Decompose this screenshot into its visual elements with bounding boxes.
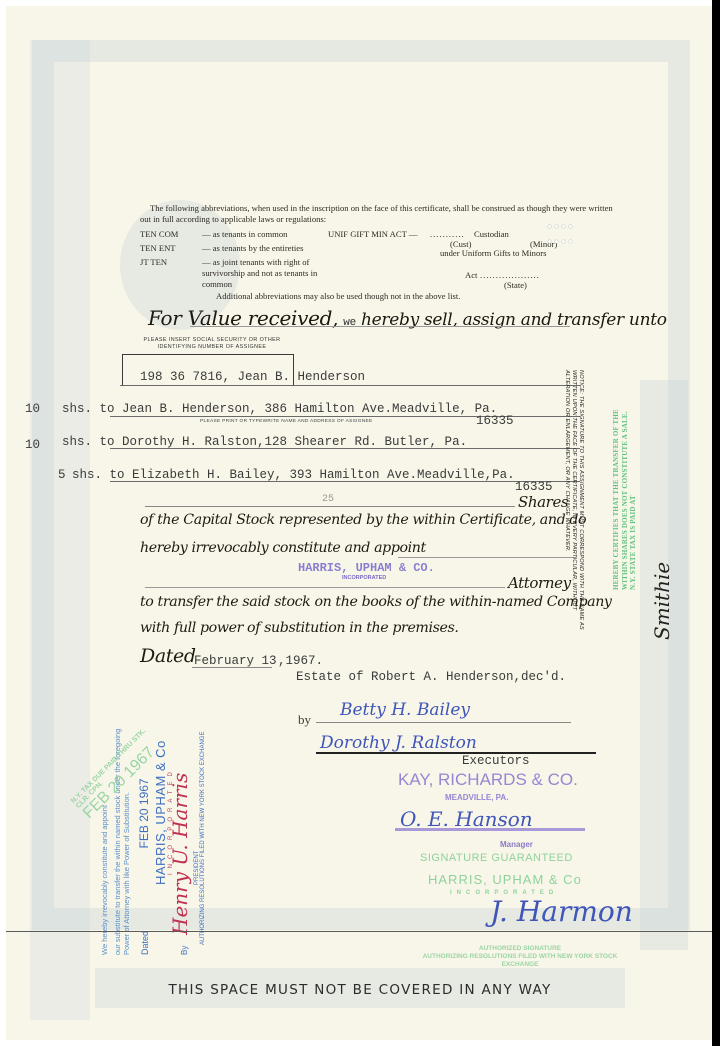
abbreviations-section: The following abbreviations, when used i…	[140, 203, 620, 302]
president-signature: Henry U. Harris	[168, 773, 192, 935]
executors-label: Executors	[462, 754, 530, 768]
assignee-3-zip: 16335	[515, 480, 553, 494]
assignee-3-text[interactable]: shs. to Elizabeth H. Bailey, 393 Hamilto…	[72, 468, 515, 482]
perforation	[569, 240, 572, 243]
perforation	[548, 225, 551, 228]
attorney-stamp-sub: INCORPORATED	[342, 575, 386, 581]
perforation	[562, 225, 565, 228]
dated-value-left: FEB 20 1967	[137, 778, 151, 848]
dated-label-left: Dated	[140, 931, 150, 955]
total-shares: 25	[322, 494, 334, 505]
abbreviations-additional: Additional abbreviations may also be use…	[140, 291, 620, 302]
custodian-label: Custodian	[474, 229, 509, 240]
heading-we: we	[343, 317, 356, 329]
heading-underline	[190, 326, 570, 327]
abbrev-definition: — as tenants by the entireties	[202, 243, 342, 254]
guarantor-city: MEADVILLE, PA.	[445, 793, 508, 802]
tax-certification-stamp: HEREBY CERTIFIES THAT THE TRANSFER OF TH…	[612, 400, 638, 590]
abbrev-code: JT TEN	[140, 257, 200, 268]
show-through-band-right	[640, 380, 688, 950]
resolutions-left: AUTHORIZING RESOLUTIONS FILED WITH NEW Y…	[200, 720, 206, 955]
signature-executor-1: Betty H. Bailey	[340, 700, 470, 720]
do-not-cover-notice: THIS SPACE MUST NOT BE COVERED IN ANY WA…	[0, 982, 720, 998]
manager-title: Manager	[500, 840, 533, 849]
appoint-text: We hereby irrevocably constitute and app…	[100, 720, 109, 955]
assignee-1-shares: 10	[25, 402, 40, 416]
assignee-2-shares: 10	[25, 438, 40, 452]
shares-line	[145, 506, 515, 507]
ssn-label-line2: IDENTIFYING NUMBER OF ASSIGNEE	[122, 344, 302, 351]
state-label: (State)	[504, 280, 527, 291]
bottom-rule	[6, 931, 712, 932]
guarantor-bank: HARRIS, UPHAM & Co	[428, 872, 582, 887]
shares-word: Shares	[518, 493, 568, 511]
manager-signature: O. E. Hanson	[400, 807, 533, 831]
authorizing-resolutions: AUTHORIZED SIGNATURE AUTHORIZING RESOLUT…	[420, 945, 620, 969]
act-label: Act	[465, 270, 477, 281]
appoint-underline	[398, 557, 576, 558]
signature-guaranteed: SIGNATURE GUARANTEED	[420, 852, 573, 864]
heading-rest: hereby sell, assign and transfer unto	[361, 310, 667, 330]
signature-notice: NOTICE: THE SIGNATURE TO THIS ASSIGNMENT…	[563, 370, 584, 640]
appoint-line: hereby irrevocably constitute and appoin…	[140, 540, 426, 556]
assignee-1-zip: 16335	[476, 414, 514, 428]
perforation	[562, 240, 565, 243]
assignee-1-text[interactable]: shs. to Jean B. Henderson, 386 Hamilton …	[62, 402, 497, 416]
abbreviations-intro: The following abbreviations, when used i…	[140, 203, 620, 225]
by-label-left: By	[180, 946, 189, 955]
guarantor-firm-stamp: KAY, RICHARDS & CO.	[398, 770, 578, 790]
assignee-label: PLEASE PRINT OR TYPEWRITE NAME AND ADDRE…	[200, 419, 373, 424]
signature-line-2	[316, 752, 596, 754]
abbrev-code: TEN COM	[140, 229, 200, 240]
attorney-stamp: HARRIS, UPHAM & CO.	[298, 561, 435, 575]
estate-line: Estate of Robert A. Henderson,dec'd.	[296, 670, 566, 684]
signature-executor-2: Dorothy J. Ralston	[320, 733, 477, 753]
perforation	[548, 240, 551, 243]
president-signature-row: By Henry U. Harris	[174, 720, 194, 955]
ssn-label-line1: PLEASE INSERT SOCIAL SECURITY OR OTHER	[122, 337, 302, 344]
assignee-3-line	[110, 481, 580, 482]
transfer-line: to transfer the said stock on the books …	[140, 594, 612, 610]
resolutions-label: AUTHORIZING RESOLUTIONS FILED WITH NEW Y…	[420, 953, 620, 969]
attorney-word: Attorney	[508, 574, 571, 592]
dated-year: ,1967.	[278, 654, 323, 668]
by-label: by	[298, 712, 311, 728]
ssn-line	[120, 385, 580, 386]
guarantor-signature: J. Harmon	[490, 895, 633, 928]
abbrev-definition: — as joint tenants with right of survivo…	[202, 257, 322, 290]
authorized-signature-label: AUTHORIZED SIGNATURE	[420, 945, 620, 953]
assignee-2-text[interactable]: shs. to Dorothy H. Ralston,128 Shearer R…	[62, 435, 467, 449]
perforation	[555, 240, 558, 243]
assignee-3-shares: 5	[58, 468, 66, 482]
dated-value[interactable]: February 13	[194, 654, 277, 668]
capital-stock-line: of the Capital Stock represented by the …	[140, 512, 586, 528]
uniform-gifts-label: under Uniform Gifts to Minors	[440, 248, 546, 259]
abbrev-definition: — as tenants in common	[202, 229, 322, 240]
show-through-band-left	[30, 40, 90, 1020]
scan-edge	[712, 0, 720, 1046]
ssn-value[interactable]: 198 36 7816, Jean B. Henderson	[140, 370, 365, 384]
transfer-agent-signature: Smithie	[650, 562, 674, 640]
abbrev-code: TEN ENT	[140, 243, 200, 254]
substitution-line: with full power of substitution in the p…	[140, 620, 459, 636]
attorney-line	[145, 587, 505, 588]
dated-label: Dated	[140, 645, 196, 667]
ssn-label: PLEASE INSERT SOCIAL SECURITY OR OTHER I…	[122, 337, 302, 351]
perforation	[555, 225, 558, 228]
perforation	[569, 225, 572, 228]
unif-gift-label: UNIF GIFT MIN ACT —	[328, 229, 417, 240]
dated-line	[192, 667, 272, 668]
assignee-2-line	[110, 448, 580, 449]
signature-line-1	[316, 722, 571, 723]
